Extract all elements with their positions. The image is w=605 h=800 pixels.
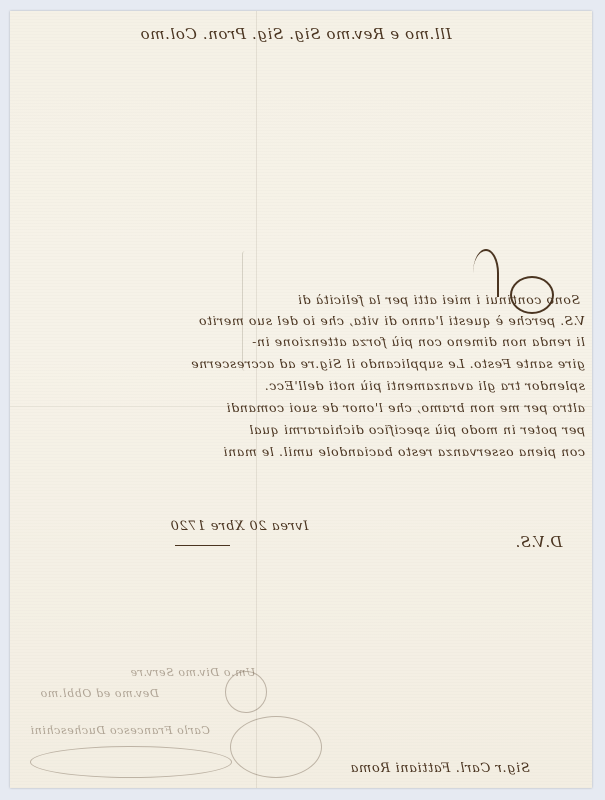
date-underline <box>175 545 230 546</box>
closing-left: D.V.S. <box>515 533 562 551</box>
body-line-4: gire sante Festo. Le supplicando il Sig.… <box>30 356 585 371</box>
address-line: Sig.r Carl. Fattiani Roma <box>350 761 530 776</box>
manuscript-page: Ill.mo e Rev.mo Sig. Sig. Pron. Col.mo S… <box>10 11 592 788</box>
body-line-6: altro per me non bramo, che l'onor de su… <box>30 400 585 415</box>
body-line-3: li renda non dimeno con più forza attenz… <box>30 334 585 349</box>
body-line-7: per poter in modo più specifico dichiara… <box>30 422 585 437</box>
signature-flourish-2 <box>230 716 322 778</box>
signature-line-2: Dev.mo ed Obbl.mo <box>40 687 159 700</box>
signature-line-3: Carlo Francesco Ducheschini <box>30 724 210 737</box>
paper-crease <box>242 251 249 371</box>
body-line-1: Sono continui i miei atti per la felicit… <box>250 292 580 307</box>
date-line: Ivrea 20 Xbre 1720 <box>170 519 308 534</box>
body-line-5: splendor tra gli avanzamenti più noti de… <box>30 378 585 393</box>
signature-line-1: Um.o Div.mo Serv.re <box>130 666 256 679</box>
initial-flourish-stem <box>473 249 499 297</box>
signature-flourish-3 <box>30 746 232 778</box>
heading-line: Ill.mo e Rev.mo Sig. Sig. Pron. Col.mo <box>140 25 452 43</box>
body-line-8: con piena osservanza resto baciandole um… <box>30 444 585 459</box>
body-line-2: V.S. perche è questi l'anno di vita, che… <box>30 313 585 328</box>
